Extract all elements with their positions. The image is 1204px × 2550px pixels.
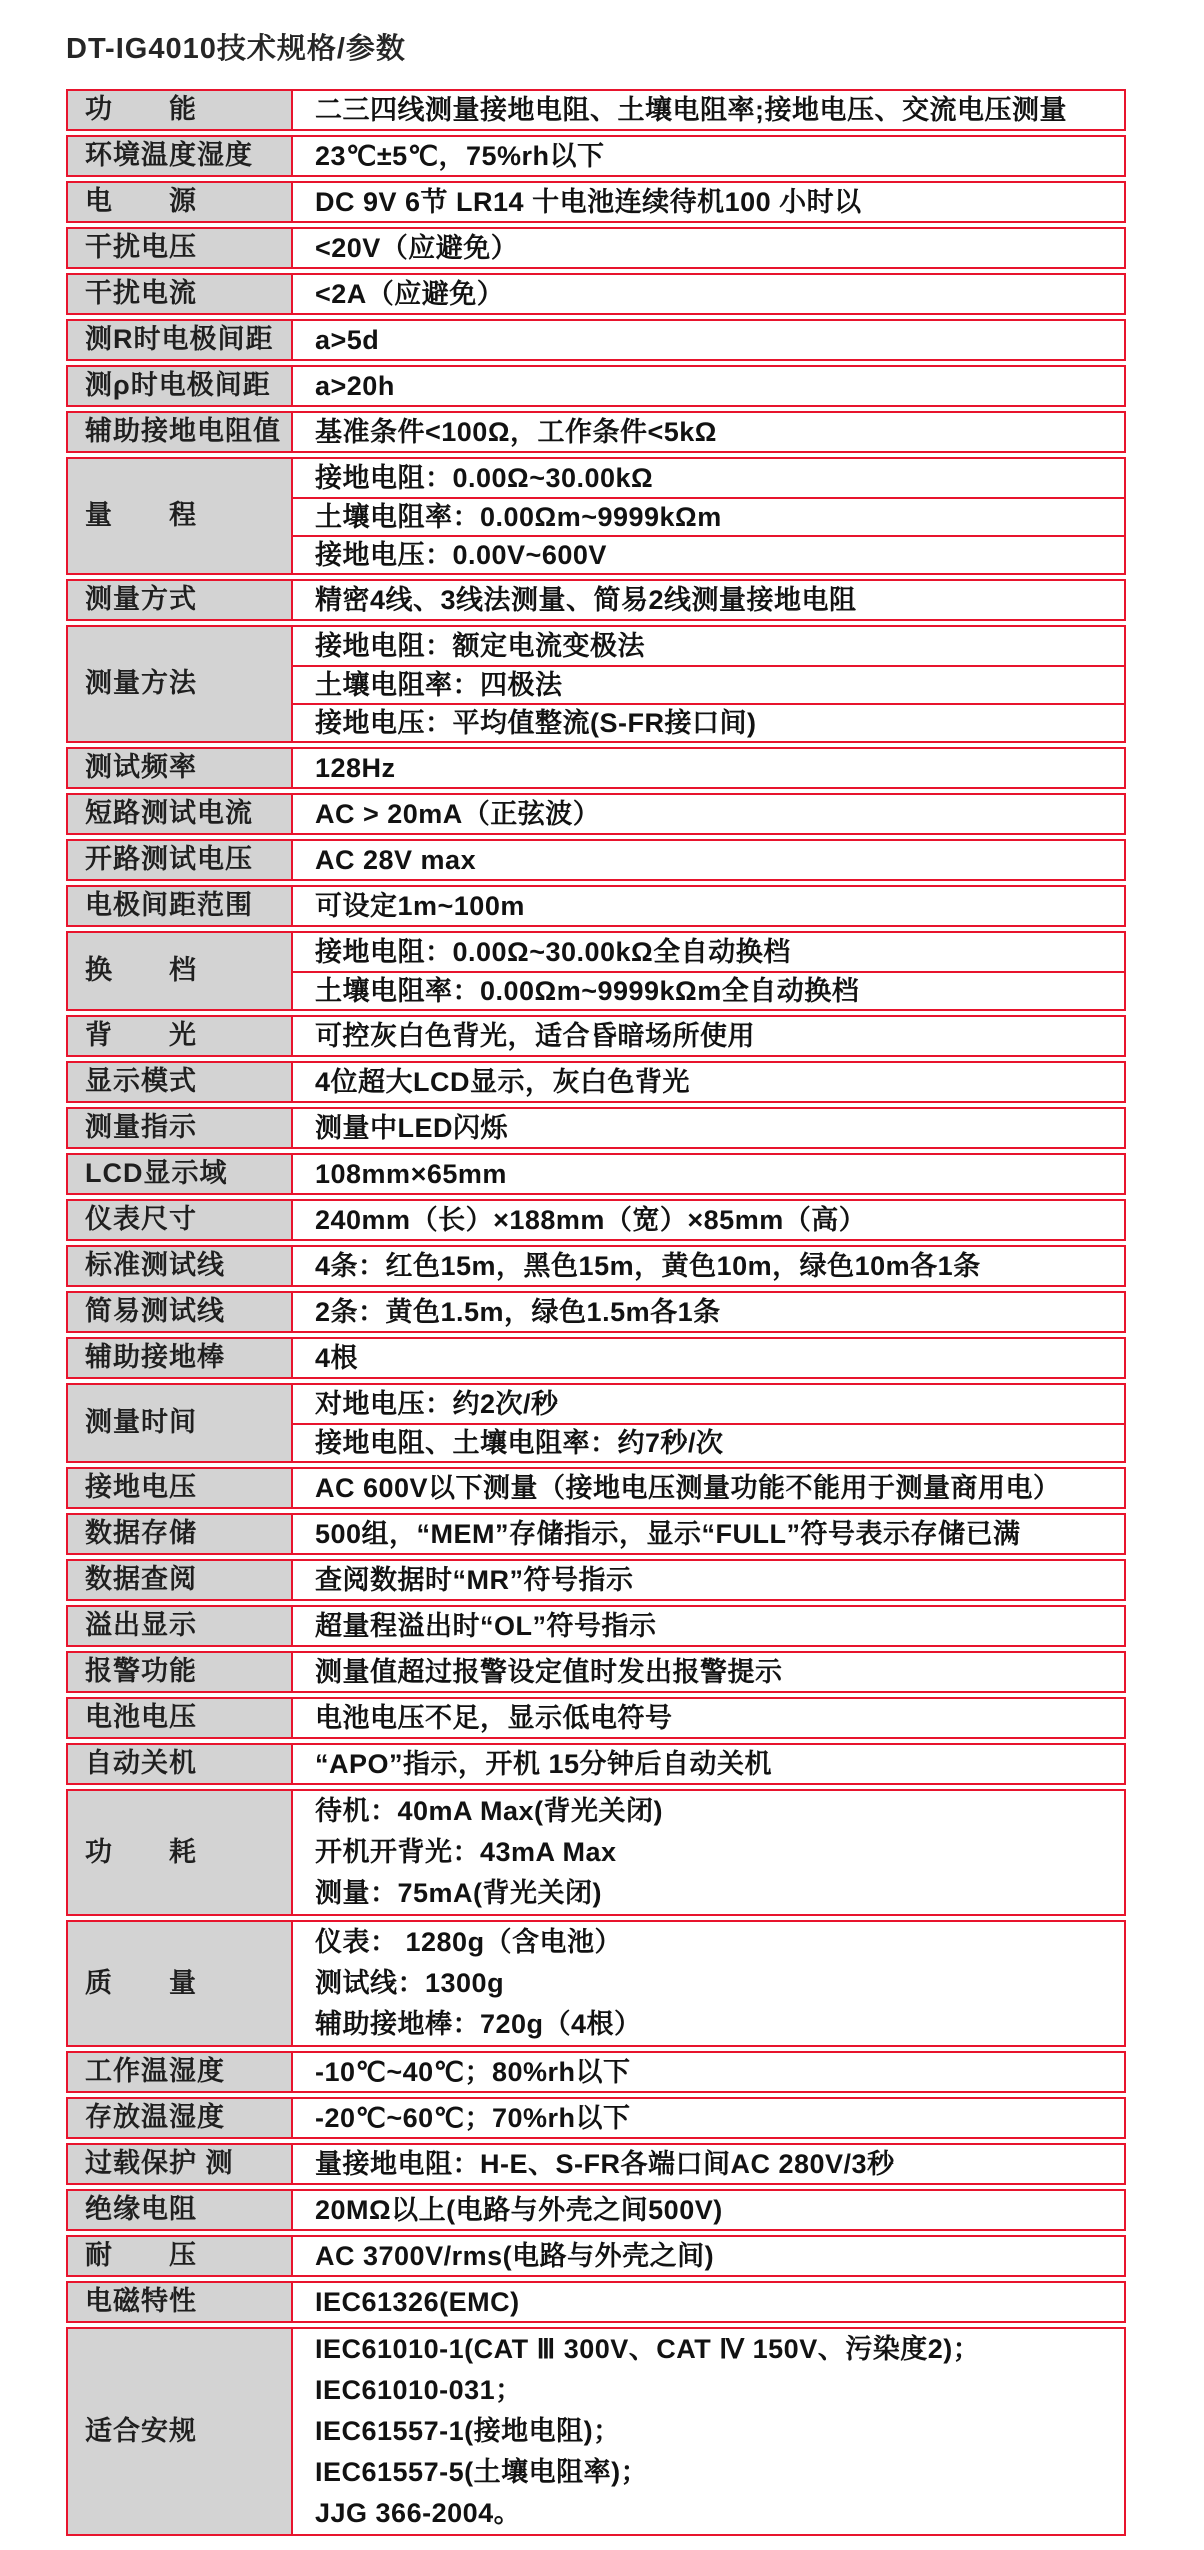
row-label: 干扰电流	[68, 275, 293, 313]
row-value-column: 20MΩ以上(电路与外壳之间500V)	[293, 2191, 1124, 2229]
row-label: 测量方法	[68, 627, 293, 741]
row-value: 待机：40mA Max(背光关闭)	[293, 1791, 1124, 1832]
table-row: 电磁特性IEC61326(EMC)	[66, 2281, 1126, 2323]
table-row: 干扰电流<2A（应避免）	[66, 273, 1126, 315]
table-row: 过载保护 测量接地电阻：H-E、S-FR各端口间AC 280V/3秒	[66, 2143, 1126, 2185]
row-value-column: 接地电阻：0.00Ω~30.00kΩ土壤电阻率：0.00Ωm~9999kΩm接地…	[293, 459, 1124, 573]
row-value: 测量：75mA(背光关闭)	[293, 1873, 1124, 1914]
row-value: IEC61557-5(土壤电阻率)；	[293, 2452, 1124, 2493]
row-label: 量 程	[68, 459, 293, 573]
row-value: 土壤电阻率：0.00Ωm~9999kΩm全自动换档	[293, 971, 1124, 1009]
table-row: 辅助接地棒4根	[66, 1337, 1126, 1379]
row-value: a>5d	[293, 321, 1124, 359]
row-value: 20MΩ以上(电路与外壳之间500V)	[293, 2191, 1124, 2229]
row-value: -20℃~60℃；70%rh以下	[293, 2099, 1124, 2137]
row-value: JJG 366-2004。	[293, 2493, 1124, 2534]
row-value-column: AC 3700V/rms(电路与外壳之间)	[293, 2237, 1124, 2275]
row-value-column: -10℃~40℃；80%rh以下	[293, 2053, 1124, 2091]
row-value: 二三四线测量接地电阻、土壤电阻率;接地电压、交流电压测量	[293, 91, 1124, 129]
row-value: 精密4线、3线法测量、简易2线测量接地电阻	[293, 581, 1124, 619]
row-label: 溢出显示	[68, 1607, 293, 1645]
row-value-column: AC > 20mA（正弦波）	[293, 795, 1124, 833]
row-value-column: 128Hz	[293, 749, 1124, 787]
table-row: 接地电压AC 600V以下测量（接地电压测量功能不能用于测量商用电）	[66, 1467, 1126, 1509]
row-value-column: 超量程溢出时“OL”符号指示	[293, 1607, 1124, 1645]
row-value: 4根	[293, 1339, 1124, 1377]
table-row: 量 程接地电阻：0.00Ω~30.00kΩ土壤电阻率：0.00Ωm~9999kΩ…	[66, 457, 1126, 575]
table-row: 干扰电压<20V（应避免）	[66, 227, 1126, 269]
row-value: 4位超大LCD显示，灰白色背光	[293, 1063, 1124, 1101]
row-value-column: IEC61326(EMC)	[293, 2283, 1124, 2321]
row-value: IEC61326(EMC)	[293, 2283, 1124, 2321]
row-label: 过载保护 测	[68, 2145, 293, 2183]
row-value-column: 测量值超过报警设定值时发出报警提示	[293, 1653, 1124, 1691]
row-value-column: a>20h	[293, 367, 1124, 405]
row-value: 240mm（长）×188mm（宽）×85mm（高）	[293, 1201, 1124, 1239]
row-label: 功 耗	[68, 1791, 293, 1914]
row-value-column: 接地电阻：0.00Ω~30.00kΩ全自动换档土壤电阻率：0.00Ωm~9999…	[293, 933, 1124, 1009]
row-value: 电池电压不足，显示低电符号	[293, 1699, 1124, 1737]
row-value: 128Hz	[293, 749, 1124, 787]
row-label: 耐 压	[68, 2237, 293, 2275]
row-value: 可控灰白色背光，适合昏暗场所使用	[293, 1017, 1124, 1055]
table-row: 环境温度湿度23℃±5℃，75%rh以下	[66, 135, 1126, 177]
table-row: 仪表尺寸240mm（长）×188mm（宽）×85mm（高）	[66, 1199, 1126, 1241]
row-value-column: 4位超大LCD显示，灰白色背光	[293, 1063, 1124, 1101]
row-value: 接地电压：0.00V~600V	[293, 535, 1124, 573]
row-label: 存放温湿度	[68, 2099, 293, 2137]
row-label: 适合安规	[68, 2329, 293, 2534]
row-value-column: 108mm×65mm	[293, 1155, 1124, 1193]
row-label: LCD显示域	[68, 1155, 293, 1193]
row-label: 电 源	[68, 183, 293, 221]
row-value: 测试线：1300g	[293, 1963, 1124, 2004]
table-row: 电 源DC 9V 6节 LR14 十电池连续待机100 小时以	[66, 181, 1126, 223]
row-label: 开路测试电压	[68, 841, 293, 879]
row-label: 功 能	[68, 91, 293, 129]
row-value: <2A（应避免）	[293, 275, 1124, 313]
row-label: 绝缘电阻	[68, 2191, 293, 2229]
row-label: 测ρ时电极间距	[68, 367, 293, 405]
row-value-column: a>5d	[293, 321, 1124, 359]
table-row: 显示模式4位超大LCD显示，灰白色背光	[66, 1061, 1126, 1103]
row-value: 500组，“MEM”存储指示，显示“FULL”符号表示存储已满	[293, 1515, 1124, 1553]
row-label: 报警功能	[68, 1653, 293, 1691]
row-value-column: 测量中LED闪烁	[293, 1109, 1124, 1147]
row-value-column: IEC61010-1(CAT Ⅲ 300V、CAT Ⅳ 150V、污染度2)；I…	[293, 2329, 1124, 2534]
row-label: 电磁特性	[68, 2283, 293, 2321]
row-value: 辅助接地棒：720g（4根）	[293, 2004, 1124, 2045]
row-value: 接地电阻：0.00Ω~30.00kΩ	[293, 459, 1124, 497]
table-row: 报警功能测量值超过报警设定值时发出报警提示	[66, 1651, 1126, 1693]
row-label: 数据存储	[68, 1515, 293, 1553]
row-value-column: “APO”指示，开机 15分钟后自动关机	[293, 1745, 1124, 1783]
row-label: 换 档	[68, 933, 293, 1009]
row-value-column: -20℃~60℃；70%rh以下	[293, 2099, 1124, 2137]
row-value-column: 可控灰白色背光，适合昏暗场所使用	[293, 1017, 1124, 1055]
table-row: 电池电压电池电压不足，显示低电符号	[66, 1697, 1126, 1739]
row-value-column: 量接地电阻：H-E、S-FR各端口间AC 280V/3秒	[293, 2145, 1124, 2183]
row-value-column: <2A（应避免）	[293, 275, 1124, 313]
row-value: IEC61557-1(接地电阻)；	[293, 2411, 1124, 2452]
row-value-column: 23℃±5℃，75%rh以下	[293, 137, 1124, 175]
table-row: 工作温湿度-10℃~40℃；80%rh以下	[66, 2051, 1126, 2093]
row-value-column: 500组，“MEM”存储指示，显示“FULL”符号表示存储已满	[293, 1515, 1124, 1553]
row-value: 仪表： 1280g（含电池）	[293, 1922, 1124, 1963]
row-label: 干扰电压	[68, 229, 293, 267]
row-value-column: 240mm（长）×188mm（宽）×85mm（高）	[293, 1201, 1124, 1239]
row-value: 23℃±5℃，75%rh以下	[293, 137, 1124, 175]
row-value: AC 3700V/rms(电路与外壳之间)	[293, 2237, 1124, 2275]
row-value-column: <20V（应避免）	[293, 229, 1124, 267]
row-label: 辅助接地棒	[68, 1339, 293, 1377]
table-row: 数据存储500组，“MEM”存储指示，显示“FULL”符号表示存储已满	[66, 1513, 1126, 1555]
row-label: 电极间距范围	[68, 887, 293, 925]
row-label: 环境温度湿度	[68, 137, 293, 175]
row-label: 接地电压	[68, 1469, 293, 1507]
row-label: 短路测试电流	[68, 795, 293, 833]
row-label: 显示模式	[68, 1063, 293, 1101]
row-value: a>20h	[293, 367, 1124, 405]
row-value: DC 9V 6节 LR14 十电池连续待机100 小时以	[293, 183, 1124, 221]
row-value: 超量程溢出时“OL”符号指示	[293, 1607, 1124, 1645]
row-value: 土壤电阻率：四极法	[293, 665, 1124, 703]
row-label: 仪表尺寸	[68, 1201, 293, 1239]
row-value: 测量中LED闪烁	[293, 1109, 1124, 1147]
table-row: 短路测试电流AC > 20mA（正弦波）	[66, 793, 1126, 835]
row-value: 4条：红色15m，黑色15m，黄色10m，绿色10m各1条	[293, 1247, 1124, 1285]
table-row: 绝缘电阻20MΩ以上(电路与外壳之间500V)	[66, 2189, 1126, 2231]
row-label: 测试频率	[68, 749, 293, 787]
row-value-column: 精密4线、3线法测量、简易2线测量接地电阻	[293, 581, 1124, 619]
table-row: 标准测试线4条：红色15m，黑色15m，黄色10m，绿色10m各1条	[66, 1245, 1126, 1287]
row-value-column: 仪表： 1280g（含电池）测试线：1300g辅助接地棒：720g（4根）	[293, 1922, 1124, 2045]
row-value: 测量值超过报警设定值时发出报警提示	[293, 1653, 1124, 1691]
table-row: 测ρ时电极间距a>20h	[66, 365, 1126, 407]
row-value: AC 600V以下测量（接地电压测量功能不能用于测量商用电）	[293, 1469, 1124, 1507]
table-row: 简易测试线2条：黄色1.5m，绿色1.5m各1条	[66, 1291, 1126, 1333]
table-row: 测量方式精密4线、3线法测量、简易2线测量接地电阻	[66, 579, 1126, 621]
table-row: 功 耗待机：40mA Max(背光关闭)开机开背光：43mA Max测量：75m…	[66, 1789, 1126, 1916]
row-value: 108mm×65mm	[293, 1155, 1124, 1193]
row-value-column: 二三四线测量接地电阻、土壤电阻率;接地电压、交流电压测量	[293, 91, 1124, 129]
row-label: 质 量	[68, 1922, 293, 2045]
row-value: <20V（应避免）	[293, 229, 1124, 267]
row-value: 2条：黄色1.5m，绿色1.5m各1条	[293, 1293, 1124, 1331]
table-row: 自动关机“APO”指示，开机 15分钟后自动关机	[66, 1743, 1126, 1785]
table-row: 功 能二三四线测量接地电阻、土壤电阻率;接地电压、交流电压测量	[66, 89, 1126, 131]
row-value-column: 4根	[293, 1339, 1124, 1377]
spec-table: 功 能二三四线测量接地电阻、土壤电阻率;接地电压、交流电压测量环境温度湿度23℃…	[66, 89, 1126, 2536]
row-value: 土壤电阻率：0.00Ωm~9999kΩm	[293, 497, 1124, 535]
table-row: 耐 压AC 3700V/rms(电路与外壳之间)	[66, 2235, 1126, 2277]
row-value-column: 查阅数据时“MR”符号指示	[293, 1561, 1124, 1599]
row-value-column: 2条：黄色1.5m，绿色1.5m各1条	[293, 1293, 1124, 1331]
row-label: 简易测试线	[68, 1293, 293, 1331]
row-value: 接地电阻：0.00Ω~30.00kΩ全自动换档	[293, 933, 1124, 971]
row-label: 辅助接地电阻值	[68, 413, 293, 451]
table-row: 测R时电极间距a>5d	[66, 319, 1126, 361]
table-row: 测量方法接地电阻：额定电流变极法土壤电阻率：四极法接地电压：平均值整流(S-FR…	[66, 625, 1126, 743]
row-label: 背 光	[68, 1017, 293, 1055]
row-value: 可设定1m~100m	[293, 887, 1124, 925]
row-value: 量接地电阻：H-E、S-FR各端口间AC 280V/3秒	[293, 2145, 1124, 2183]
row-label: 自动关机	[68, 1745, 293, 1783]
row-value: 查阅数据时“MR”符号指示	[293, 1561, 1124, 1599]
row-value-column: 对地电压：约2次/秒接地电阻、土壤电阻率：约7秒/次	[293, 1385, 1124, 1461]
row-label: 标准测试线	[68, 1247, 293, 1285]
table-row: 溢出显示超量程溢出时“OL”符号指示	[66, 1605, 1126, 1647]
row-value: 基准条件<100Ω，工作条件<5kΩ	[293, 413, 1124, 451]
row-value-column: 4条：红色15m，黑色15m，黄色10m，绿色10m各1条	[293, 1247, 1124, 1285]
table-row: 存放温湿度-20℃~60℃；70%rh以下	[66, 2097, 1126, 2139]
row-value-column: AC 28V max	[293, 841, 1124, 879]
row-value: 接地电阻、土壤电阻率：约7秒/次	[293, 1423, 1124, 1461]
row-label: 数据查阅	[68, 1561, 293, 1599]
row-value-column: 电池电压不足，显示低电符号	[293, 1699, 1124, 1737]
row-value: 开机开背光：43mA Max	[293, 1832, 1124, 1873]
row-value: 对地电压：约2次/秒	[293, 1385, 1124, 1423]
table-row: 测试频率128Hz	[66, 747, 1126, 789]
table-row: 适合安规IEC61010-1(CAT Ⅲ 300V、CAT Ⅳ 150V、污染度…	[66, 2327, 1126, 2536]
row-value-column: 待机：40mA Max(背光关闭)开机开背光：43mA Max测量：75mA(背…	[293, 1791, 1124, 1914]
table-row: 开路测试电压AC 28V max	[66, 839, 1126, 881]
row-value: “APO”指示，开机 15分钟后自动关机	[293, 1745, 1124, 1783]
row-label: 测R时电极间距	[68, 321, 293, 359]
row-value: -10℃~40℃；80%rh以下	[293, 2053, 1124, 2091]
table-row: 质 量仪表： 1280g（含电池）测试线：1300g辅助接地棒：720g（4根）	[66, 1920, 1126, 2047]
row-value: AC 28V max	[293, 841, 1124, 879]
row-value: IEC61010-1(CAT Ⅲ 300V、CAT Ⅳ 150V、污染度2)；	[293, 2329, 1124, 2370]
row-value: 接地电阻：额定电流变极法	[293, 627, 1124, 665]
table-row: 辅助接地电阻值基准条件<100Ω，工作条件<5kΩ	[66, 411, 1126, 453]
row-label: 工作温湿度	[68, 2053, 293, 2091]
row-value-column: 可设定1m~100m	[293, 887, 1124, 925]
row-value-column: DC 9V 6节 LR14 十电池连续待机100 小时以	[293, 183, 1124, 221]
table-row: 数据查阅查阅数据时“MR”符号指示	[66, 1559, 1126, 1601]
table-row: 测量指示测量中LED闪烁	[66, 1107, 1126, 1149]
row-value-column: 接地电阻：额定电流变极法土壤电阻率：四极法接地电压：平均值整流(S-FR接口间)	[293, 627, 1124, 741]
row-value-column: AC 600V以下测量（接地电压测量功能不能用于测量商用电）	[293, 1469, 1124, 1507]
table-row: 背 光可控灰白色背光，适合昏暗场所使用	[66, 1015, 1126, 1057]
row-label: 电池电压	[68, 1699, 293, 1737]
row-value: 接地电压：平均值整流(S-FR接口间)	[293, 703, 1124, 741]
row-value: IEC61010-031；	[293, 2370, 1124, 2411]
row-value: AC > 20mA（正弦波）	[293, 795, 1124, 833]
row-label: 测量时间	[68, 1385, 293, 1461]
table-row: 换 档接地电阻：0.00Ω~30.00kΩ全自动换档土壤电阻率：0.00Ωm~9…	[66, 931, 1126, 1011]
page-title: DT-IG4010技术规格/参数	[66, 26, 1204, 67]
row-value-column: 基准条件<100Ω，工作条件<5kΩ	[293, 413, 1124, 451]
table-row: 测量时间对地电压：约2次/秒接地电阻、土壤电阻率：约7秒/次	[66, 1383, 1126, 1463]
row-label: 测量方式	[68, 581, 293, 619]
table-row: LCD显示域108mm×65mm	[66, 1153, 1126, 1195]
table-row: 电极间距范围可设定1m~100m	[66, 885, 1126, 927]
row-label: 测量指示	[68, 1109, 293, 1147]
